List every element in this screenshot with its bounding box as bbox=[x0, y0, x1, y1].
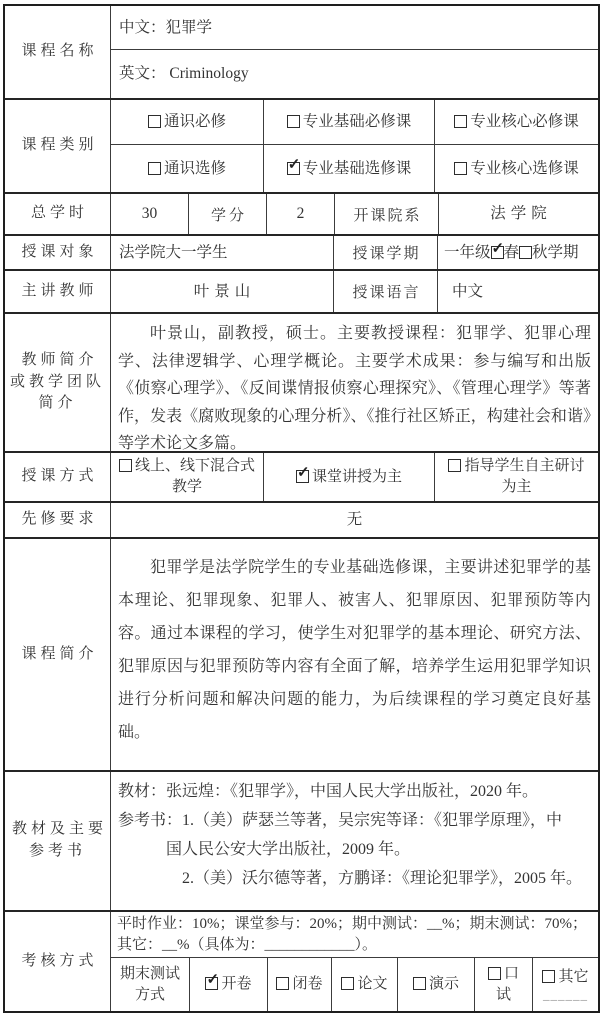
assessment-summary: 平时作业：10%；课堂参与：20%；期中测试：__%；期末测试：70%； 其它：… bbox=[111, 914, 598, 956]
category-option-cell: 专业基础必修课 bbox=[264, 100, 435, 144]
row-lecturer-language: 主讲教师 叶景山 授课语言 中文 bbox=[5, 271, 598, 314]
teacher-bio-label: 教师简介 或教学团队 简介 bbox=[5, 314, 111, 451]
course-intro-text: 犯罪学是法学院学生的专业基础选修课，主要讲述犯罪学的基本理论、犯罪现象、犯罪人、… bbox=[111, 539, 598, 749]
checkbox-checked-icon[interactable] bbox=[296, 470, 309, 483]
course-category-label: 课程类别 bbox=[5, 100, 111, 192]
total-hours-value: 30 bbox=[111, 203, 188, 225]
teaching-method-option-cell: 线上、线下混合式教学 bbox=[111, 453, 264, 501]
final-test-option-cell: 论文 bbox=[332, 958, 398, 1011]
course-name-label: 课程名称 bbox=[5, 6, 111, 98]
checkbox-icon[interactable] bbox=[448, 459, 461, 472]
teaching-method-option-cell: 课堂讲授为主 bbox=[264, 453, 435, 501]
teaching-method-option-cell: 指导学生自主研讨为主 bbox=[435, 453, 598, 501]
credits-value: 2 bbox=[267, 203, 334, 225]
row-course-intro: 课程简介 犯罪学是法学院学生的专业基础选修课，主要讲述犯罪学的基本理论、犯罪现象… bbox=[5, 539, 598, 772]
language-value: 中文 bbox=[438, 281, 598, 303]
checkbox-icon[interactable] bbox=[276, 977, 289, 990]
category-option-label: 专业核心选修课 bbox=[470, 160, 579, 177]
textbooks-label: 教材及主要 参考书 bbox=[5, 772, 111, 910]
category-option-cell: 通识选修 bbox=[111, 145, 264, 192]
teaching-method-label: 授课方式 bbox=[5, 453, 111, 501]
textbooks-text: 教材：张远煌：《犯罪学》，中国人民大学出版社，2020 年。 参考书：1.（美）… bbox=[111, 772, 589, 893]
category-option-label: 专业基础选修课 bbox=[303, 160, 412, 177]
department-value: 法学院 bbox=[439, 203, 598, 225]
semester-autumn-label: 秋学期 bbox=[532, 244, 579, 261]
audience-value: 法学院大一学生 bbox=[111, 242, 333, 264]
checkbox-icon[interactable] bbox=[341, 977, 354, 990]
checkbox-checked-icon[interactable] bbox=[491, 246, 504, 259]
checkbox-icon[interactable] bbox=[454, 115, 467, 128]
lecturer-value-cell: 叶景山 bbox=[111, 271, 334, 312]
language-value-cell: 中文 bbox=[438, 271, 598, 312]
teacher-bio-text: 叶景山，副教授，硕士。主要教授课程：犯罪学、犯罪心理学、法律逻辑学、心理学概论。… bbox=[111, 314, 598, 451]
row-textbooks: 教材及主要 参考书 教材：张远煌：《犯罪学》，中国人民大学出版社，2020 年。… bbox=[5, 772, 598, 912]
category-option-label: 专业基础必修课 bbox=[303, 113, 412, 130]
final-test-option-label: 其它 bbox=[558, 969, 588, 985]
checkbox-icon[interactable] bbox=[119, 459, 132, 472]
checkbox-icon[interactable] bbox=[148, 162, 161, 175]
audience-value-cell: 法学院大一学生 bbox=[111, 236, 334, 269]
semester-label: 授课学期 bbox=[334, 236, 438, 269]
assessment-summary-cell: 平时作业：10%；课堂参与：20%；期中测试：__%；期末测试：70%； 其它：… bbox=[111, 912, 598, 958]
final-test-option-label: 演示 bbox=[429, 976, 459, 992]
category-option-cell: 专业基础选修课 bbox=[264, 145, 435, 192]
row-assessment: 考核方式 平时作业：10%；课堂参与：20%；期中测试：__%；期末测试：70%… bbox=[5, 912, 598, 1011]
category-option-label: 通识选修 bbox=[164, 160, 226, 177]
checkbox-icon[interactable] bbox=[413, 977, 426, 990]
credits-value-cell: 2 bbox=[267, 194, 335, 234]
checkbox-icon[interactable] bbox=[519, 246, 532, 259]
semester-grade: 一年级 bbox=[444, 244, 491, 261]
prerequisites-value-cell: 无 bbox=[111, 503, 598, 537]
checkbox-icon[interactable] bbox=[488, 967, 501, 980]
category-option-cell: 专业核心必修课 bbox=[435, 100, 598, 144]
total-hours-label: 总学时 bbox=[5, 194, 111, 234]
final-test-row: 期末测试 方式 开卷 闭卷 论文 演示 口试 其它 bbox=[111, 958, 598, 1011]
semester-value-cell: 一年级春秋学期 bbox=[438, 236, 598, 269]
checkbox-icon[interactable] bbox=[287, 115, 300, 128]
teaching-method-option-label: 线上、线下混合式教学 bbox=[135, 458, 255, 495]
checkbox-checked-icon[interactable] bbox=[287, 162, 300, 175]
final-test-option-cell: 开卷 bbox=[190, 958, 268, 1011]
course-name-english: 英文： Criminology bbox=[111, 63, 598, 85]
lecturer-label: 主讲教师 bbox=[5, 271, 111, 312]
prerequisites-value: 无 bbox=[111, 509, 598, 531]
course-name-chinese-cell: 中文：犯罪学 bbox=[111, 6, 598, 50]
category-option-label: 通识必修 bbox=[164, 113, 226, 130]
final-test-other-blank: ______ bbox=[533, 988, 598, 1002]
category-option-cell: 专业核心选修课 bbox=[435, 145, 598, 192]
row-audience-semester: 授课对象 法学院大一学生 授课学期 一年级春秋学期 bbox=[5, 236, 598, 271]
final-test-option-label: 开卷 bbox=[221, 976, 251, 992]
row-teaching-method: 授课方式 线上、线下混合式教学 课堂讲授为主 指导学生自主研讨为主 bbox=[5, 453, 598, 503]
final-test-option-cell: 口试 bbox=[475, 958, 533, 1011]
audience-label: 授课对象 bbox=[5, 236, 111, 269]
final-test-option-cell: 闭卷 bbox=[268, 958, 332, 1011]
final-test-option-cell: 其它 ______ bbox=[533, 958, 598, 1011]
semester-spring-label: 春 bbox=[504, 244, 520, 261]
course-name-english-cell: 英文： Criminology bbox=[111, 50, 598, 98]
checkbox-icon[interactable] bbox=[148, 115, 161, 128]
department-label: 开课院系 bbox=[335, 194, 439, 234]
category-option-label: 专业核心必修课 bbox=[470, 113, 579, 130]
checkbox-checked-icon[interactable] bbox=[205, 977, 218, 990]
final-test-option-label: 闭卷 bbox=[292, 976, 322, 992]
teaching-method-option-label: 课堂讲授为主 bbox=[312, 469, 402, 485]
row-course-category: 课程类别 通识必修 专业基础必修课 专业核心必修课 通识选修 专业基础选修课 bbox=[5, 100, 598, 194]
row-prerequisites: 先修要求 无 bbox=[5, 503, 598, 539]
row-teacher-bio: 教师简介 或教学团队 简介 叶景山，副教授，硕士。主要教授课程：犯罪学、犯罪心理… bbox=[5, 314, 598, 453]
row-hours-credits: 总学时 30 学分 2 开课院系 法学院 bbox=[5, 194, 598, 236]
final-test-option-cell: 演示 bbox=[398, 958, 475, 1011]
assessment-label: 考核方式 bbox=[5, 912, 111, 1011]
lecturer-value: 叶景山 bbox=[111, 281, 333, 303]
total-hours-value-cell: 30 bbox=[111, 194, 189, 234]
row-course-name: 课程名称 中文：犯罪学 英文： Criminology bbox=[5, 6, 598, 100]
department-value-cell: 法学院 bbox=[439, 194, 598, 234]
course-intro-label: 课程简介 bbox=[5, 539, 111, 770]
category-option-cell: 通识必修 bbox=[111, 100, 264, 144]
course-info-table: 课程名称 中文：犯罪学 英文： Criminology 课程类别 通识必修 专业… bbox=[3, 4, 600, 1013]
teaching-method-option-label: 指导学生自主研讨为主 bbox=[464, 458, 584, 495]
language-label: 授课语言 bbox=[334, 271, 438, 312]
credits-label: 学分 bbox=[189, 194, 267, 234]
final-test-option-label: 论文 bbox=[357, 976, 387, 992]
checkbox-icon[interactable] bbox=[542, 970, 555, 983]
prerequisites-label: 先修要求 bbox=[5, 503, 111, 537]
course-name-chinese: 中文：犯罪学 bbox=[111, 17, 598, 39]
checkbox-icon[interactable] bbox=[454, 162, 467, 175]
final-test-label: 期末测试 方式 bbox=[111, 958, 190, 1011]
